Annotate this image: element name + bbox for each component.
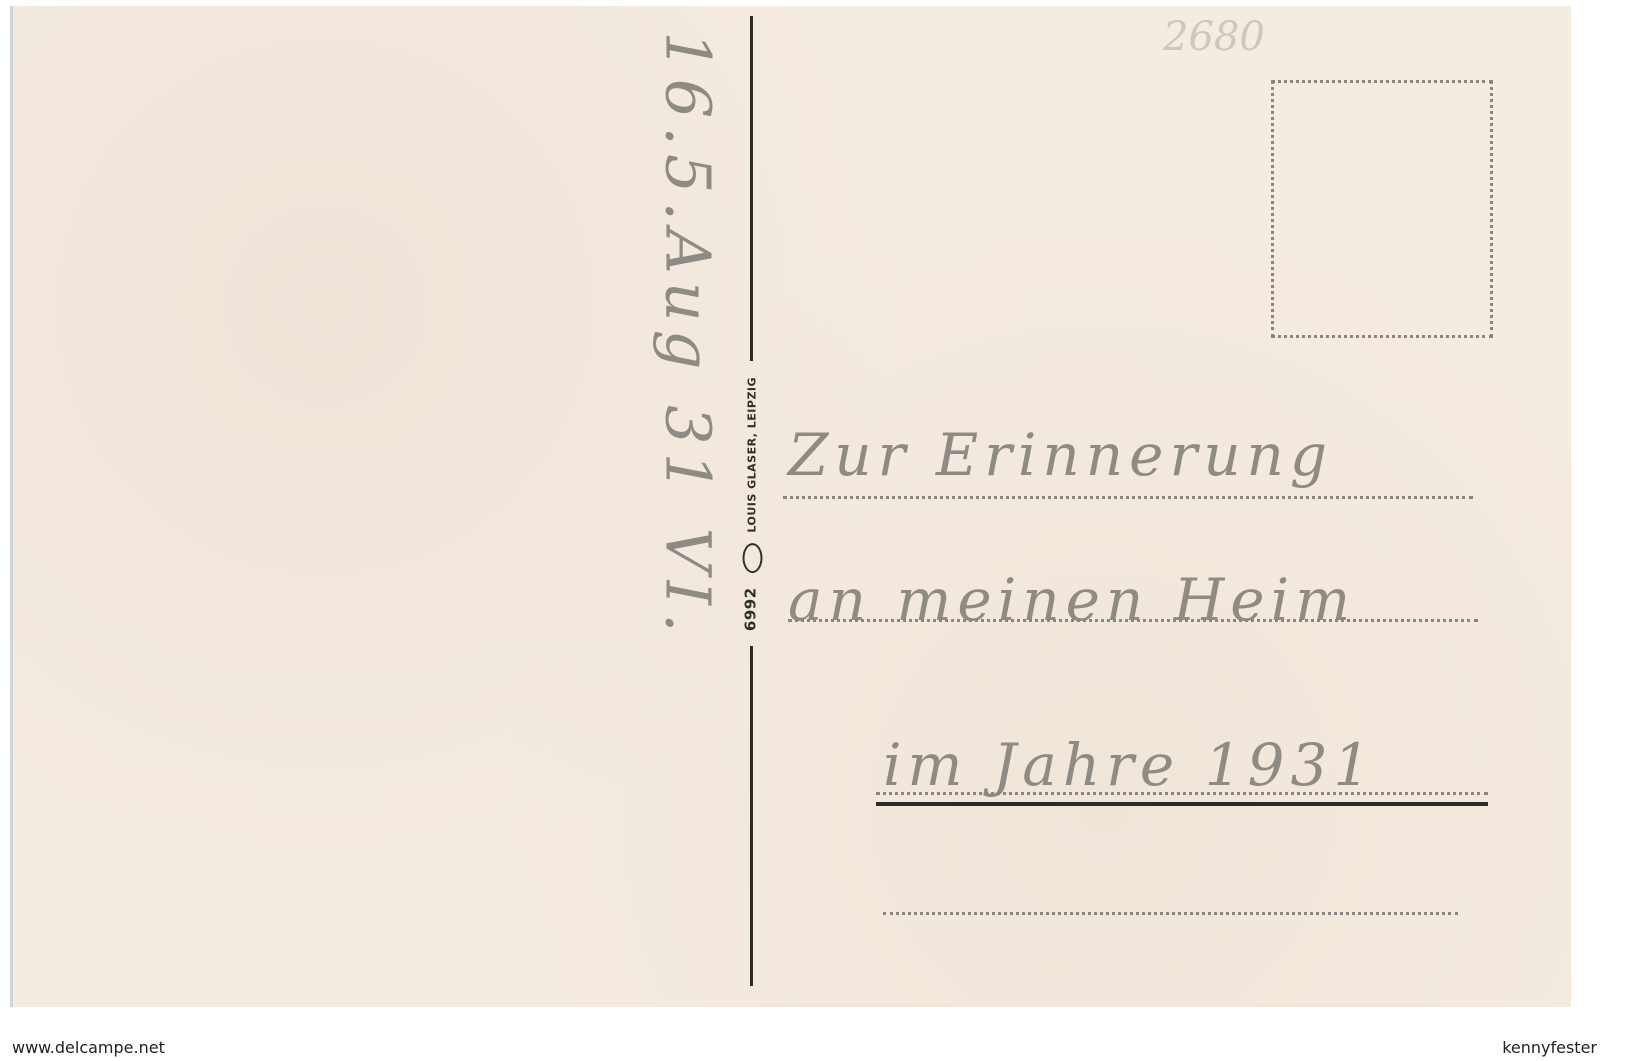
- handwritten-line-1: Zur Erinnerung: [788, 421, 1333, 489]
- publisher-imprint: 6992 LOUIS GLASER, LEIPZIG: [729, 361, 775, 646]
- card-number: 6992: [742, 587, 760, 631]
- address-line-4: [883, 912, 1458, 915]
- center-divider-top: [750, 16, 753, 361]
- vertical-handwritten-note: 16.5.Aug 31 VI.: [643, 66, 733, 606]
- watermark-delcampe: www.delcampe.net: [12, 1038, 165, 1057]
- address-line-3: [876, 792, 1488, 795]
- address-line-2: [788, 619, 1478, 622]
- address-underline: [876, 802, 1488, 806]
- publisher-logo-icon: [743, 542, 763, 572]
- center-divider-bottom: [750, 646, 753, 986]
- pencil-inventory-number: 2680: [1163, 14, 1265, 60]
- handwritten-line-2: an meinen Heim: [788, 566, 1356, 634]
- postcard-back: 2680 6992 LOUIS GLASER, LEIPZIG 16.5.Aug…: [10, 6, 1571, 1007]
- watermark-seller: kennyfester: [1502, 1038, 1597, 1057]
- publisher-name: LOUIS GLASER, LEIPZIG: [746, 376, 759, 532]
- handwritten-line-3: im Jahre 1931: [883, 731, 1376, 799]
- address-line-1: [783, 496, 1473, 499]
- stamp-box: [1271, 80, 1493, 338]
